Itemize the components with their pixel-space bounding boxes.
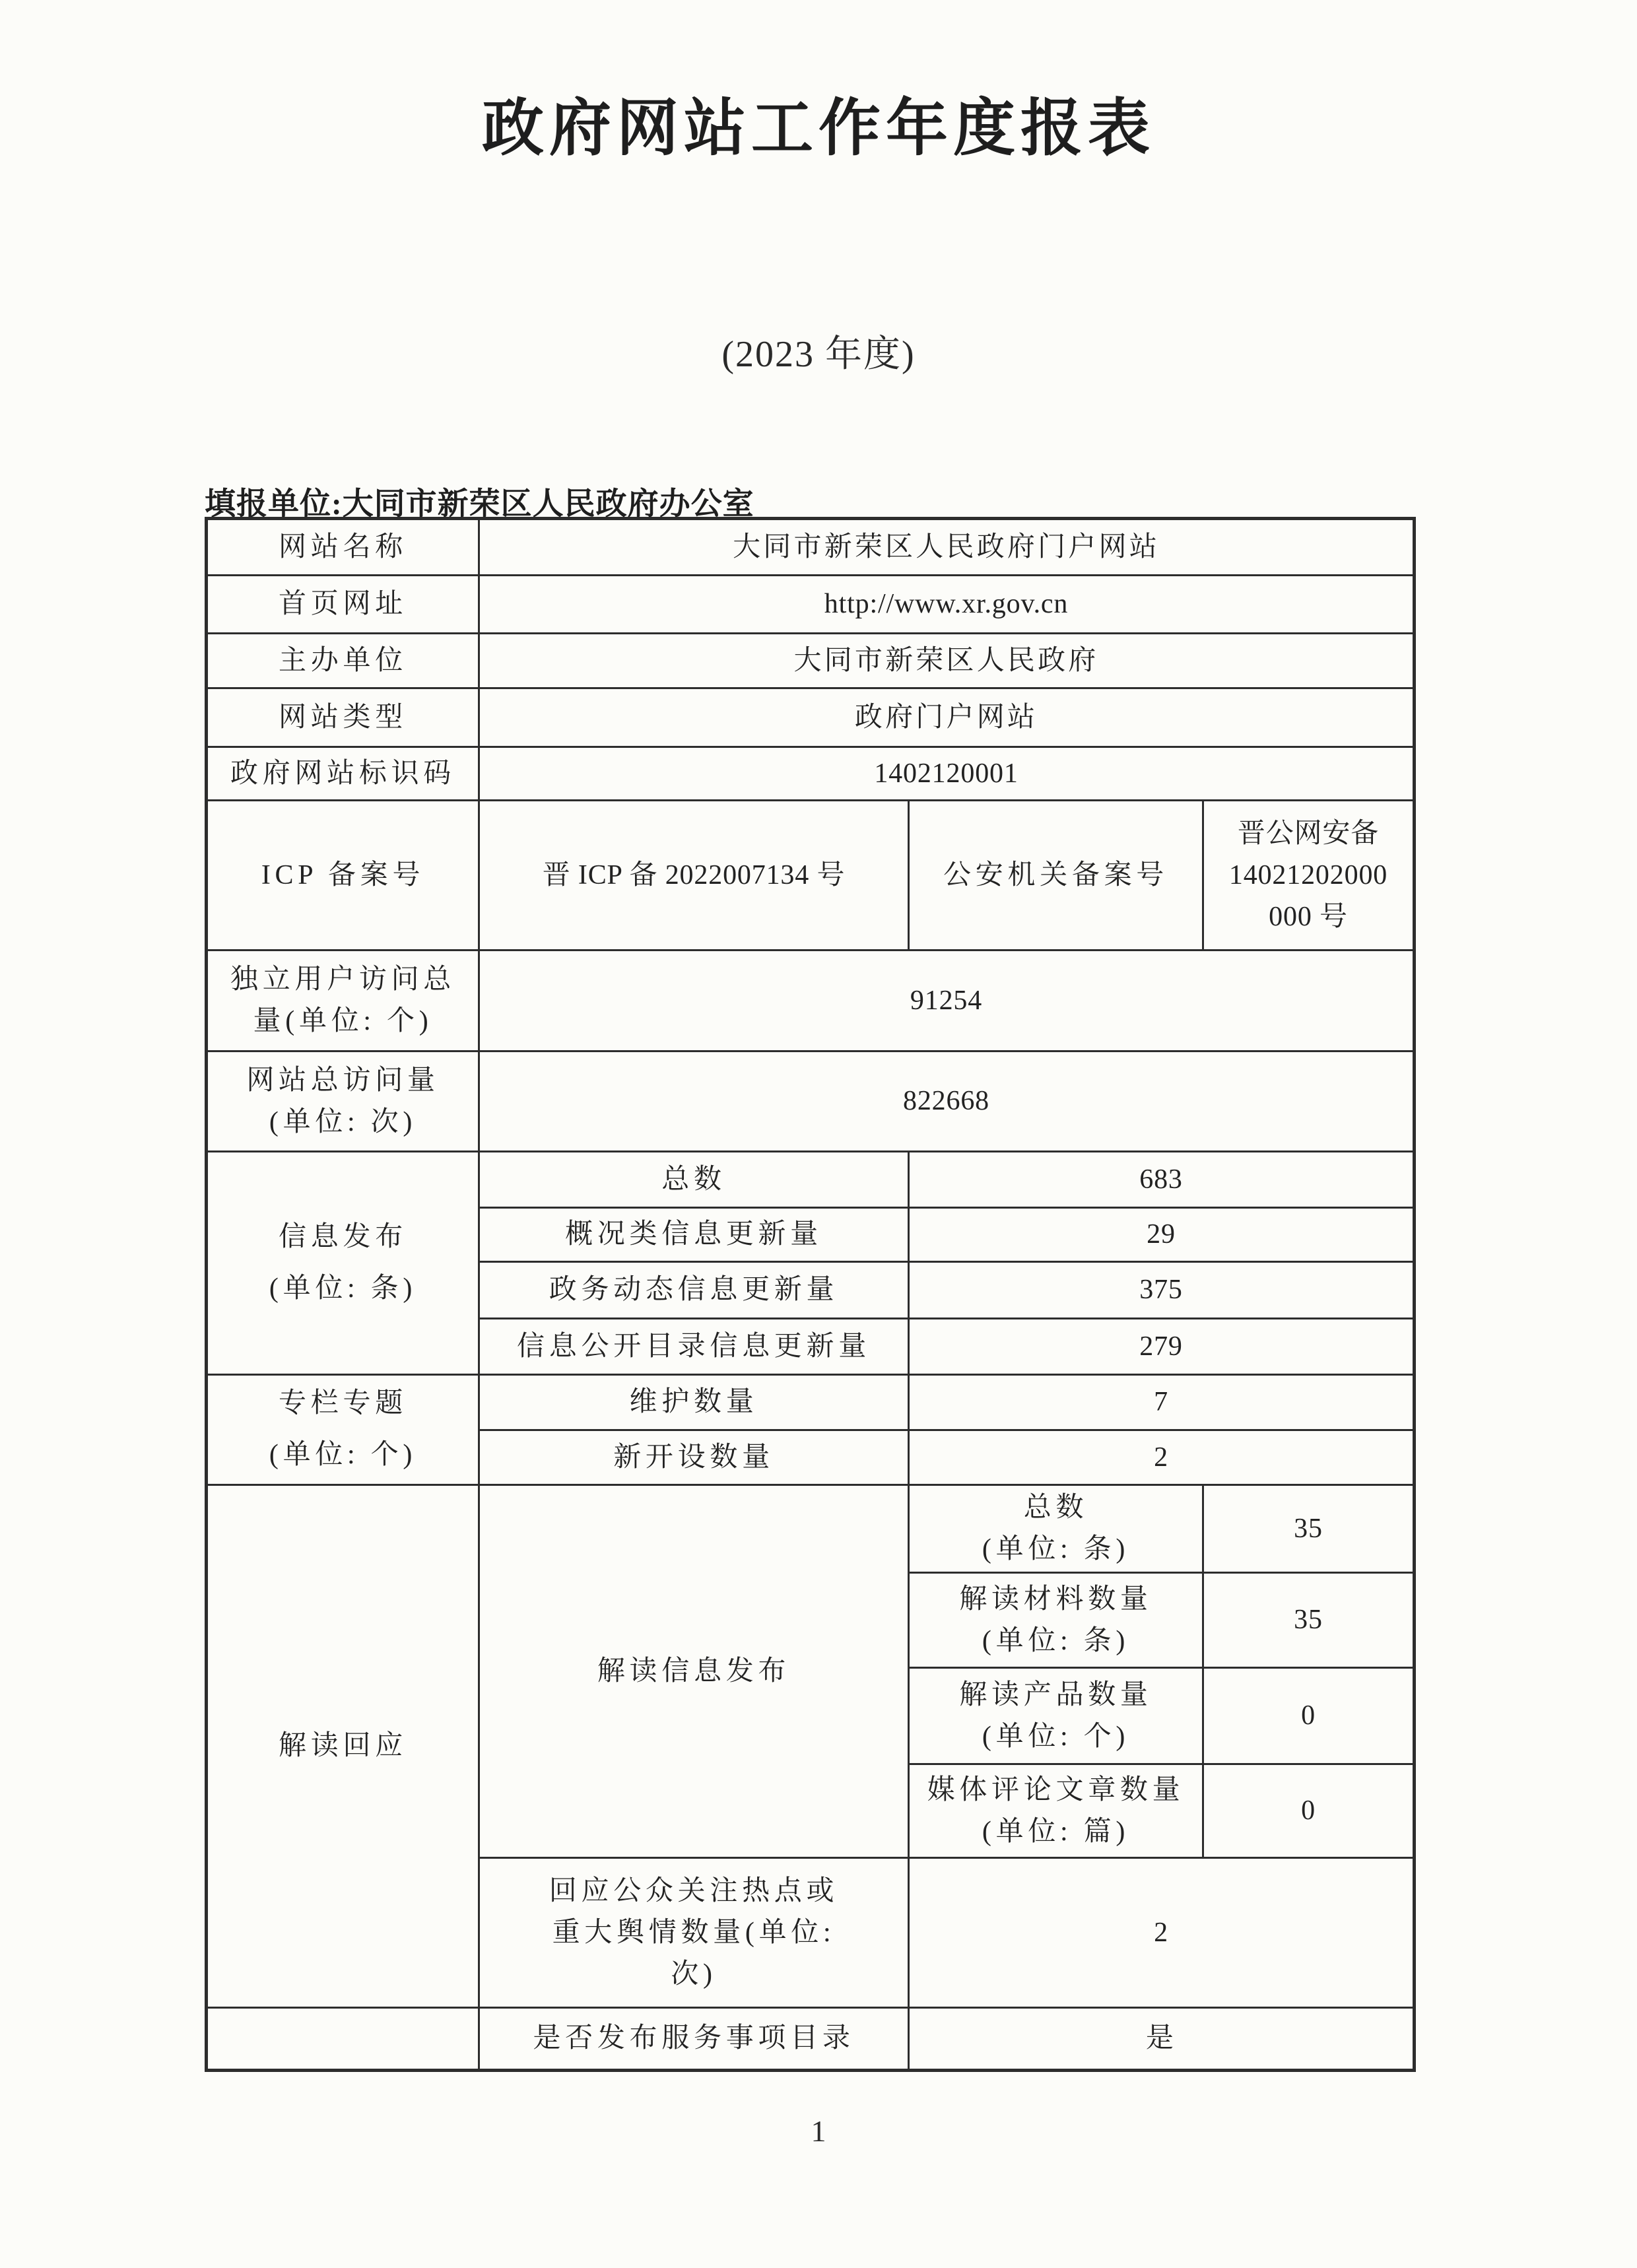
table-row: 解读回应 解读信息发布 总数 (单位: 条) 35 (207, 1485, 1415, 1573)
interp-product-value: 0 (1203, 1668, 1415, 1764)
sponsor-value: 大同市新荣区人民政府 (479, 634, 1415, 688)
overview-update-value: 29 (909, 1208, 1415, 1262)
interp-product-label: 解读产品数量 (单位: 个) (909, 1668, 1203, 1764)
icp-value: 晋 ICP 备 2022007134 号 (479, 801, 909, 951)
interp-total-value: 35 (1203, 1485, 1415, 1573)
maintained-count-value: 7 (909, 1375, 1415, 1430)
service-catalog-label: 是否发布服务事项目录 (479, 2008, 909, 2071)
open-catalog-update-label: 信息公开目录信息更新量 (479, 1319, 909, 1375)
total-visits-value: 822668 (479, 1051, 1415, 1152)
site-code-label: 政府网站标识码 (207, 747, 479, 801)
table-row: 主办单位 大同市新荣区人民政府 (207, 634, 1415, 688)
empty-cell (207, 2008, 479, 2071)
unique-visitors-value: 91254 (479, 951, 1415, 1051)
police-record-value: 晋公网安备 14021202000 000 号 (1203, 801, 1415, 951)
interpretation-section-label: 解读回应 (207, 1485, 479, 2008)
site-name-label: 网站名称 (207, 519, 479, 576)
info-publish-section-label: 信息发布 (单位: 条) (207, 1152, 479, 1375)
total-visits-label: 网站总访问量 (单位: 次) (207, 1051, 479, 1152)
site-type-value: 政府门户网站 (479, 688, 1415, 747)
overview-update-label: 概况类信息更新量 (479, 1208, 909, 1262)
open-catalog-update-value: 279 (909, 1319, 1415, 1375)
table-row: 政府网站标识码 1402120001 (207, 747, 1415, 801)
icp-label: ICP 备案号 (207, 801, 479, 951)
unique-visitors-label: 独立用户访问总 量(单位: 个) (207, 951, 479, 1051)
table-row: 是否发布服务事项目录 是 (207, 2008, 1415, 2071)
hot-response-value: 2 (909, 1858, 1415, 2008)
sponsor-label: 主办单位 (207, 634, 479, 688)
site-code-value: 1402120001 (479, 747, 1415, 801)
table-row: 网站总访问量 (单位: 次) 822668 (207, 1051, 1415, 1152)
table-row: 网站名称 大同市新荣区人民政府门户网站 (207, 519, 1415, 576)
maintained-count-label: 维护数量 (479, 1375, 909, 1430)
service-catalog-value: 是 (909, 2008, 1415, 2071)
table-row: 首页网址 http://www.xr.gov.cn (207, 576, 1415, 634)
gov-news-update-label: 政务动态信息更新量 (479, 1262, 909, 1319)
site-name-value: 大同市新荣区人民政府门户网站 (479, 519, 1415, 576)
home-url-value: http://www.xr.gov.cn (479, 576, 1415, 634)
police-record-label: 公安机关备案号 (909, 801, 1203, 951)
site-type-label: 网站类型 (207, 688, 479, 747)
home-url-label: 首页网址 (207, 576, 479, 634)
document-title: 政府网站工作年度报表 (0, 78, 1637, 167)
gov-news-update-value: 375 (909, 1262, 1415, 1319)
media-comment-value: 0 (1203, 1764, 1415, 1858)
info-publish-total-label: 总数 (479, 1152, 909, 1208)
interp-material-label: 解读材料数量 (单位: 条) (909, 1573, 1203, 1668)
interpretation-publish-label: 解读信息发布 (479, 1485, 909, 1858)
table-row: 网站类型 政府门户网站 (207, 688, 1415, 747)
interp-material-value: 35 (1203, 1573, 1415, 1668)
table-row: ICP 备案号 晋 ICP 备 2022007134 号 公安机关备案号 晋公网… (207, 801, 1415, 951)
new-topics-label: 新开设数量 (479, 1430, 909, 1485)
document-year-subtitle: (2023 年度) (0, 325, 1637, 378)
info-publish-total-value: 683 (909, 1152, 1415, 1208)
document-page: 政府网站工作年度报表 (2023 年度) 填报单位:大同市新荣区人民政府办公室 … (0, 0, 1637, 2268)
annual-report-table: 网站名称 大同市新荣区人民政府门户网站 首页网址 http://www.xr.g… (205, 517, 1416, 2072)
table-row: 信息发布 (单位: 条) 总数 683 (207, 1152, 1415, 1208)
table-row: 独立用户访问总 量(单位: 个) 91254 (207, 951, 1415, 1051)
page-number: 1 (0, 2114, 1637, 2149)
hot-response-label: 回应公众关注热点或 重大舆情数量(单位: 次) (479, 1858, 909, 2008)
new-topics-value: 2 (909, 1430, 1415, 1485)
table-row: 专栏专题 (单位: 个) 维护数量 7 (207, 1375, 1415, 1430)
media-comment-label: 媒体评论文章数量 (单位: 篇) (909, 1764, 1203, 1858)
special-topics-section-label: 专栏专题 (单位: 个) (207, 1375, 479, 1485)
interp-total-label: 总数 (单位: 条) (909, 1485, 1203, 1573)
